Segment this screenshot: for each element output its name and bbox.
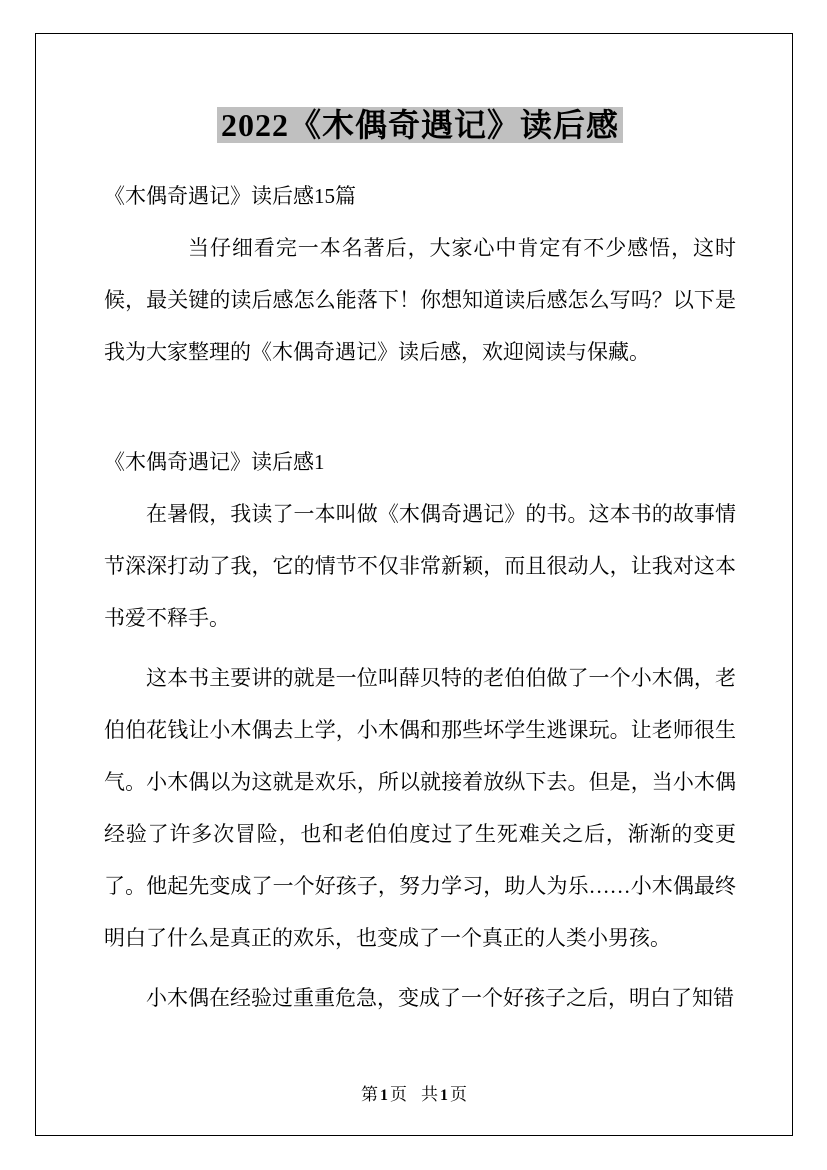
section-1-paragraph-2: 这本书主要讲的就是一位叫薛贝特的老伯伯做了一个小木偶，老伯伯花钱让小木偶去上学，… bbox=[104, 652, 736, 964]
intro-paragraph: 当仔细看完一本名著后，大家心中肯定有不少感悟，这时候，最关键的读后感怎么能落下！… bbox=[104, 222, 736, 378]
document-subtitle: 《木偶奇遇记》读后感15篇 bbox=[104, 170, 736, 222]
document-title: 2022《木偶奇遇记》读后感 bbox=[104, 102, 736, 148]
footer-total-number: 1 bbox=[438, 1087, 450, 1104]
footer-current-page: 第1页 bbox=[361, 1085, 407, 1104]
footer-total-pages: 共1页 bbox=[421, 1085, 467, 1104]
footer-current-label: 第 bbox=[361, 1085, 378, 1104]
section-1-paragraph-1: 在暑假，我读了一本叫做《木偶奇遇记》的书。这本书的故事情节深深打动了我，它的情节… bbox=[104, 488, 736, 644]
page-footer: 第1页共1页 bbox=[36, 1084, 792, 1107]
section-1-paragraph-3: 小木偶在经验过重重危急，变成了一个好孩子之后，明白了知错 bbox=[104, 972, 736, 1024]
footer-current-number: 1 bbox=[378, 1087, 390, 1104]
footer-total-label: 共 bbox=[421, 1085, 438, 1104]
footer-total-unit: 页 bbox=[450, 1085, 467, 1104]
document-title-text: 2022《木偶奇遇记》读后感 bbox=[217, 107, 623, 143]
footer-current-unit: 页 bbox=[390, 1085, 407, 1104]
document-page: 2022《木偶奇遇记》读后感 《木偶奇遇记》读后感15篇 当仔细看完一本名著后，… bbox=[35, 33, 793, 1136]
section-1-heading: 《木偶奇遇记》读后感1 bbox=[104, 436, 736, 488]
